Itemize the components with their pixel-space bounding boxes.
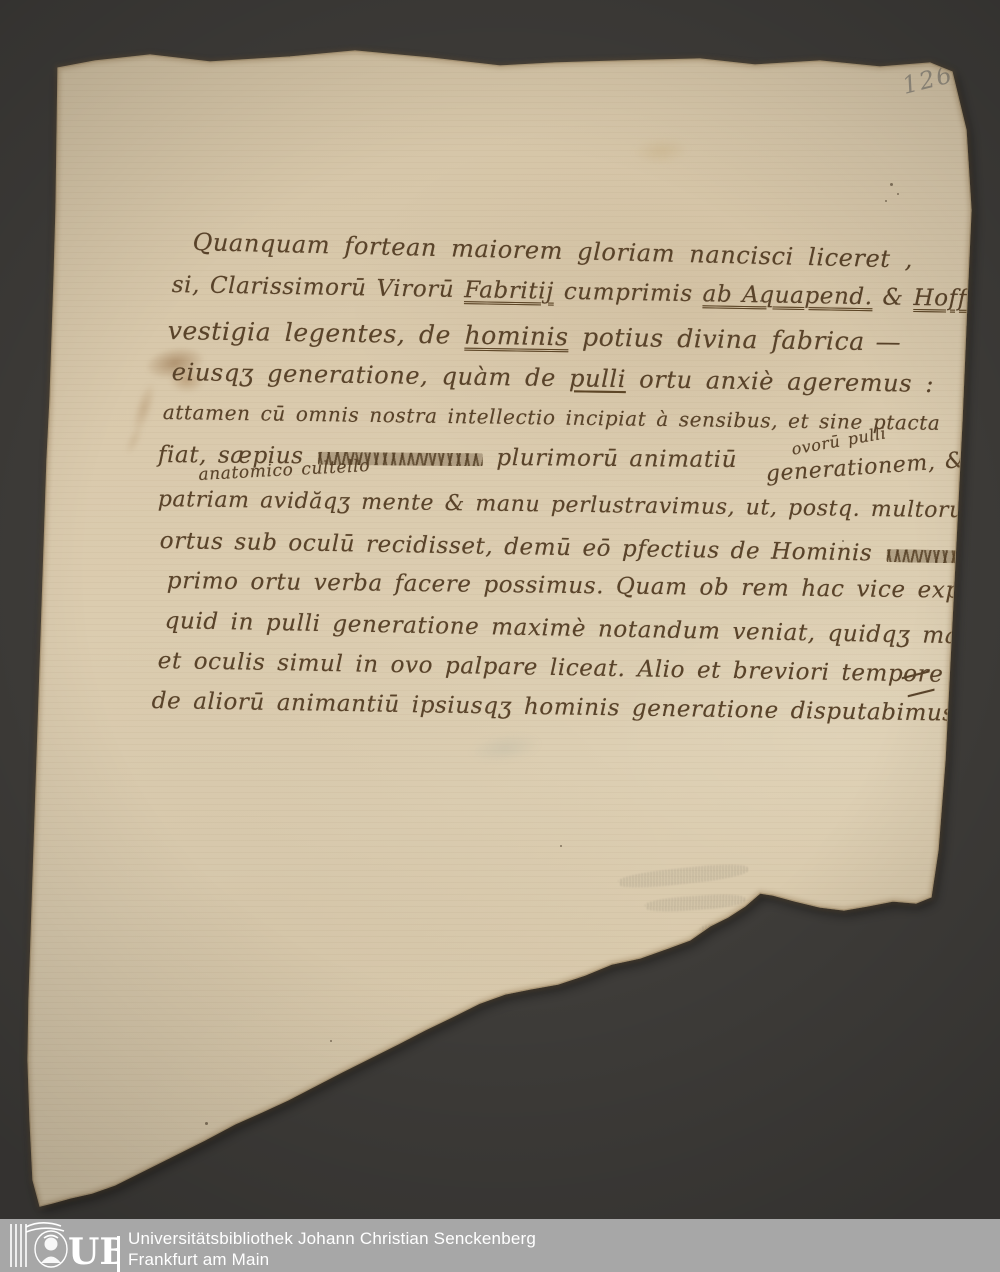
text-segment: vestigia legentes, de — [168, 316, 465, 350]
ub-logo-text: UB — [68, 1231, 120, 1272]
text-segment-u2: hominis — [464, 321, 568, 352]
library-banner: UB Universitätsbibliothek Johann Christi… — [0, 1219, 1000, 1272]
text-segment: potius divina fabrica — [568, 322, 865, 356]
text-segment: cumprimis — [554, 279, 703, 308]
library-location: Frankfurt am Main — [128, 1249, 536, 1270]
portrait-icon — [35, 1231, 67, 1267]
paper-speck — [890, 183, 893, 186]
text-segment: plurimorū animatiū — [485, 445, 737, 473]
banner-divider — [117, 1236, 120, 1272]
paper-speck — [885, 200, 887, 202]
text-segment-flourish: — — [865, 327, 899, 357]
crossed-out-ink-scribble — [886, 549, 956, 564]
library-name: Universitätsbibliothek Johann Christian … — [128, 1228, 536, 1249]
text-segment-u2: ab Aquapend. — [702, 281, 872, 310]
paper-speck — [330, 1040, 332, 1042]
paper-speck — [560, 845, 562, 847]
text-segment-u1: pulli — [569, 364, 626, 393]
text-segment: ortu anxiè ageremus : — [626, 365, 934, 398]
text-segment-u2: Fabritij — [464, 277, 554, 305]
paper-speck — [897, 193, 899, 195]
text-segment: si, Clarissimorū Virorū — [172, 272, 465, 303]
manuscript-scan: Quanquam fortean maiorem gloriam nancisc… — [0, 0, 1000, 1272]
ub-frankfurt-logo: UB — [4, 1219, 120, 1272]
text-segment: & — [872, 284, 913, 311]
paper-speck — [205, 1122, 208, 1125]
